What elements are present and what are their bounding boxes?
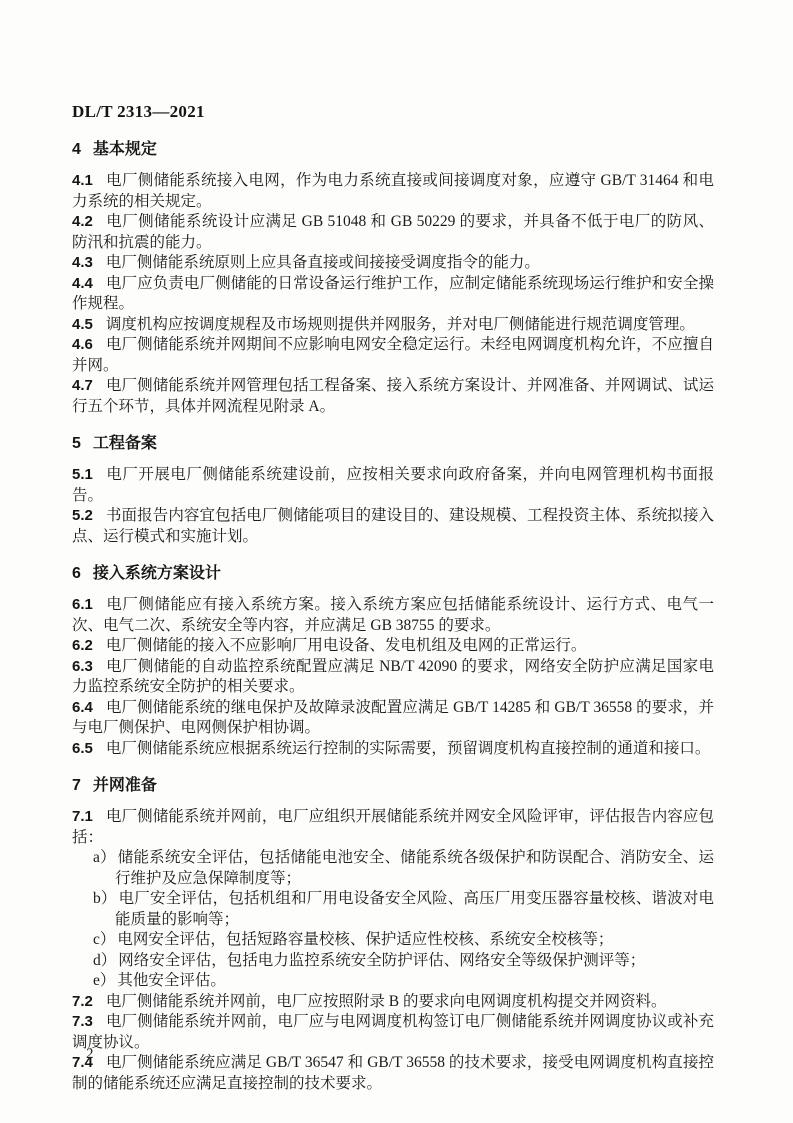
- list-item: b）电厂安全评估，包括机组和厂用电设备安全风险、高压厂用变压器容量校核、谐波对电…: [93, 889, 714, 930]
- section-heading: 5工程备案: [72, 433, 714, 455]
- clause-number: 5.1: [72, 466, 106, 483]
- clause: 4.7电厂侧储能系统并网管理包括工程备案、接入系统方案设计、并网准备、并网调试、…: [72, 376, 714, 417]
- list-item-text: 电厂安全评估，包括机组和厂用电设备安全风险、高压厂用变压器容量校核、谐波对电能质…: [115, 890, 714, 928]
- clause-number: 4.4: [72, 275, 106, 292]
- section-number: 6: [72, 563, 81, 585]
- list-item: a）储能系统安全评估，包括储能电池安全、储能系统各级保护和防误配合、消防安全、运…: [93, 848, 714, 889]
- clause-text: 电厂侧储能系统并网期间不应影响电网安全稳定运行。未经电网调度机构允许，不应擅自并…: [72, 336, 714, 374]
- clause-text: 书面报告内容宜包括电厂侧储能项目的建设目的、建设规模、工程投资主体、系统拟接入点…: [72, 507, 714, 545]
- clause-number: 5.2: [72, 507, 106, 524]
- section-title: 基本规定: [93, 139, 157, 161]
- clause-number: 7.2: [72, 993, 106, 1010]
- clause-number: 7.1: [72, 808, 106, 825]
- section-number: 5: [72, 433, 81, 455]
- list-item: e）其他安全评估。: [93, 971, 714, 992]
- clause: 6.2电厂侧储能的接入不应影响厂用电设备、发电机组及电网的正常运行。: [72, 636, 714, 657]
- list-item-text: 其他安全评估。: [117, 972, 226, 989]
- clause-number: 7.3: [72, 1013, 106, 1030]
- section-title: 接入系统方案设计: [93, 563, 221, 585]
- clause-text: 调度机构应按调度规程及市场规则提供并网服务，并对电厂侧储能进行规范调度管理。: [106, 316, 695, 333]
- section-number: 4: [72, 139, 81, 161]
- clause-text: 电厂应负责电厂侧储能的日常设备运行维护工作，应制定储能系统现场运行维护和安全操作…: [72, 275, 714, 313]
- clause: 6.4电厂侧储能系统的继电保护及故障录波配置应满足 GB/T 14285 和 G…: [72, 698, 714, 739]
- clause-number: 6.4: [72, 699, 106, 716]
- document-header: DL/T 2313—2021: [72, 100, 714, 123]
- clause-number: 6.1: [72, 596, 106, 613]
- clause: 7.3电厂侧储能系统并网前，电厂应与电网调度机构签订电厂侧储能系统并网调度协议或…: [72, 1012, 714, 1053]
- clause: 4.6电厂侧储能系统并网期间不应影响电网安全稳定运行。未经电网调度机构允许，不应…: [72, 335, 714, 376]
- list-item-marker: a）: [93, 849, 118, 866]
- clause-text: 电厂侧储能应有接入系统方案。接入系统方案应包括储能系统设计、运行方式、电气一次、…: [72, 596, 714, 634]
- clause: 7.1电厂侧储能系统并网前，电厂应组织开展储能系统并网安全风险评审，评估报告内容…: [72, 807, 714, 848]
- list-item-marker: d）: [93, 952, 118, 969]
- clause: 7.4电厂侧储能系统应满足 GB/T 36547 和 GB/T 36558 的技…: [72, 1053, 714, 1094]
- clause-number: 4.1: [72, 172, 106, 189]
- page-number: 2: [86, 1046, 94, 1063]
- clause-text: 电厂开展电厂侧储能系统建设前，应按相关要求向政府备案，并向电网管理机构书面报告。: [72, 466, 714, 504]
- clause: 6.3电厂侧储能的自动监控系统配置应满足 NB/T 42090 的要求，网络安全…: [72, 657, 714, 698]
- clause: 4.4电厂应负责电厂侧储能的日常设备运行维护工作，应制定储能系统现场运行维护和安…: [72, 274, 714, 315]
- clause-text: 电厂侧储能的自动监控系统配置应满足 NB/T 42090 的要求，网络安全防护应…: [72, 658, 714, 696]
- clause-text: 电厂侧储能系统原则上应具备直接或间接接受调度指令的能力。: [106, 254, 540, 271]
- clause: 4.1电厂侧储能系统接入电网，作为电力系统直接或间接调度对象，应遵守 GB/T …: [72, 171, 714, 212]
- list-item-text: 电网安全评估，包括短路容量校核、保护适应性校核、系统安全校核等；: [117, 931, 613, 948]
- list-item-marker: c）: [93, 931, 117, 948]
- list-item-marker: b）: [93, 890, 119, 907]
- clause-number: 4.5: [72, 316, 106, 333]
- clause-text: 电厂侧储能的接入不应影响厂用电设备、发电机组及电网的正常运行。: [106, 637, 587, 654]
- section-number: 7: [72, 775, 81, 797]
- clause-text: 电厂侧储能系统应根据系统运行控制的实际需要，预留调度机构直接控制的通道和接口。: [106, 740, 711, 757]
- clause-text: 电厂侧储能系统设计应满足 GB 51048 和 GB 50229 的要求，并具备…: [72, 213, 714, 251]
- list-item: d）网络安全评估，包括电力监控系统安全防护评估、网络安全等级保护测评等；: [93, 951, 714, 972]
- clause-text: 电厂侧储能系统接入电网，作为电力系统直接或间接调度对象，应遵守 GB/T 314…: [72, 172, 714, 210]
- section-heading: 6接入系统方案设计: [72, 563, 714, 585]
- section-title: 工程备案: [93, 433, 157, 455]
- clause-number: 4.7: [72, 377, 106, 394]
- clause: 4.5调度机构应按调度规程及市场规则提供并网服务，并对电厂侧储能进行规范调度管理…: [72, 315, 714, 336]
- section-heading: 7并网准备: [72, 775, 714, 797]
- clause-text: 电厂侧储能系统并网前，电厂应按照附录 B 的要求向电网调度机构提交并网资料。: [106, 993, 667, 1010]
- list-item-text: 储能系统安全评估，包括储能电池安全、储能系统各级保护和防误配合、消防安全、运行维…: [115, 849, 714, 887]
- list-item-text: 网络安全评估，包括电力监控系统安全防护评估、网络安全等级保护测评等；: [118, 952, 645, 969]
- clause-text: 电厂侧储能系统并网前，电厂应与电网调度机构签订电厂侧储能系统并网调度协议或补充调…: [72, 1013, 714, 1051]
- section-title: 并网准备: [93, 775, 157, 797]
- clause-number: 4.2: [72, 213, 106, 230]
- clause-number: 6.2: [72, 637, 106, 654]
- clause: 4.2电厂侧储能系统设计应满足 GB 51048 和 GB 50229 的要求，…: [72, 212, 714, 253]
- clause: 6.1电厂侧储能应有接入系统方案。接入系统方案应包括储能系统设计、运行方式、电气…: [72, 595, 714, 636]
- clause-text: 电厂侧储能系统并网管理包括工程备案、接入系统方案设计、并网准备、并网调试、试运行…: [72, 377, 714, 415]
- section-heading: 4基本规定: [72, 139, 714, 161]
- document-content: 4基本规定4.1电厂侧储能系统接入电网，作为电力系统直接或间接调度对象，应遵守 …: [72, 139, 714, 1094]
- clause: 5.2书面报告内容宜包括电厂侧储能项目的建设目的、建设规模、工程投资主体、系统拟…: [72, 506, 714, 547]
- clause-number: 6.3: [72, 658, 106, 675]
- clause-text: 电厂侧储能系统并网前，电厂应组织开展储能系统并网安全风险评审，评估报告内容应包括…: [72, 808, 714, 846]
- clause-number: 6.5: [72, 740, 106, 757]
- clause: 7.2电厂侧储能系统并网前，电厂应按照附录 B 的要求向电网调度机构提交并网资料…: [72, 992, 714, 1013]
- list-item: c）电网安全评估，包括短路容量校核、保护适应性校核、系统安全校核等；: [93, 930, 714, 951]
- clause-text: 电厂侧储能系统应满足 GB/T 36547 和 GB/T 36558 的技术要求…: [72, 1054, 714, 1092]
- clause-number: 4.6: [72, 336, 106, 353]
- clause: 6.5电厂侧储能系统应根据系统运行控制的实际需要，预留调度机构直接控制的通道和接…: [72, 739, 714, 760]
- clause-number: 4.3: [72, 254, 106, 271]
- document-page: DL/T 2313—2021 4基本规定4.1电厂侧储能系统接入电网，作为电力系…: [0, 0, 793, 1123]
- clause: 4.3电厂侧储能系统原则上应具备直接或间接接受调度指令的能力。: [72, 253, 714, 274]
- clause-text: 电厂侧储能系统的继电保护及故障录波配置应满足 GB/T 14285 和 GB/T…: [72, 699, 714, 737]
- list-item-marker: e）: [93, 972, 117, 989]
- clause: 5.1电厂开展电厂侧储能系统建设前，应按相关要求向政府备案，并向电网管理机构书面…: [72, 465, 714, 506]
